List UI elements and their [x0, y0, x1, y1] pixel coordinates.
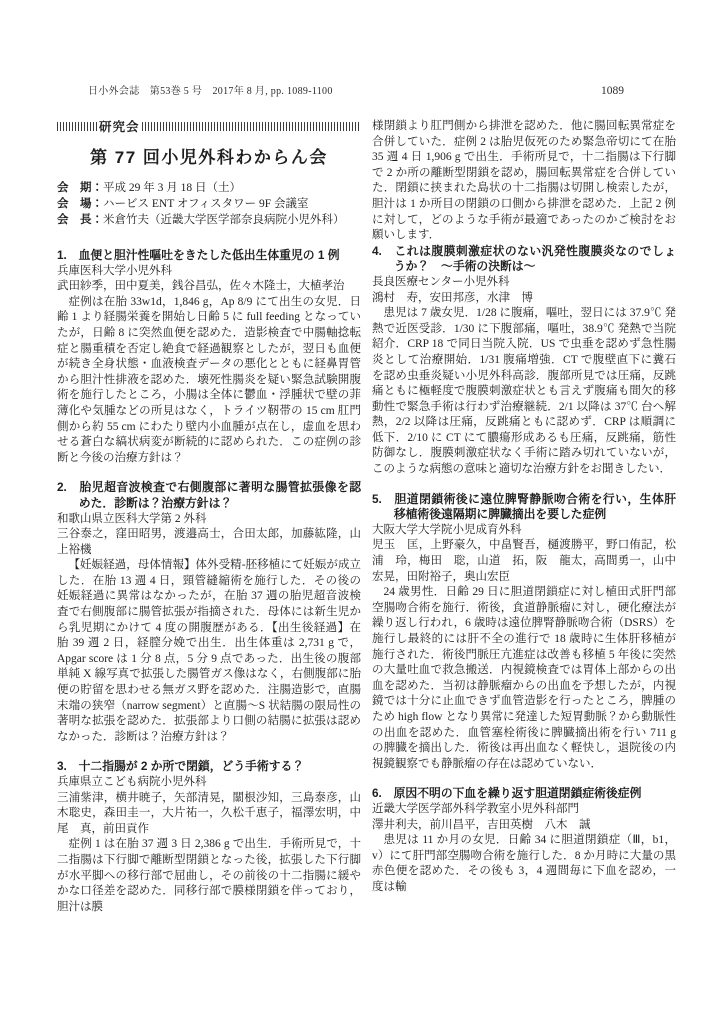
section-banner: 研究会 — [57, 119, 361, 133]
abstract-1-body: 症例は在胎 33w1d，1,846 g，Ap 8/9 にて出生の女児．日齢 1 … — [57, 295, 361, 467]
abstract-5: 5. 胆道閉鎖術後に遠位脾腎静脈吻合術を行い，生体肝移植術後遠隔期に脾臓摘出を要… — [372, 492, 676, 773]
abstract-3-body-continuation: 様閉鎖より肛門側から排泄を認めた．他に腸回転異常症を合併していた．症例 2 は胎… — [372, 119, 676, 244]
abstract-3-body: 症例 1 は在胎 37 週 3 日 2,386 g で出生．手術所見で，十二指腸… — [57, 837, 361, 915]
abstract-1-authors: 武田紗季，田中夏美，銭谷昌弘，佐々木隆士，大植孝治 — [57, 279, 361, 295]
right-column: 様閉鎖より肛門側から排泄を認めた．他に腸回転異常症を合併していた．症例 2 は胎… — [372, 119, 676, 915]
meeting-title: 第 77 回小児外科わからん会 — [57, 143, 361, 168]
abstract-3-affiliation: 兵庫県立こども病院小児外科 — [57, 775, 361, 791]
banner-stripes-left-icon — [57, 122, 97, 131]
abstract-2-body: 【妊娠経過，母体情報】体外受精-胚移植にて妊娠が成立した．在胎 13 週 4 日… — [57, 558, 361, 745]
page-number: 1089 — [601, 85, 624, 97]
abstract-5-affiliation: 大阪大学大学院小児成育外科 — [372, 523, 676, 539]
two-column-body: 研究会 第 77 回小児外科わからん会 会 期：平成 29 年 3 月 18 日… — [57, 119, 676, 915]
meeting-president-line: 会 長：米倉竹夫（近畿大学医学部奈良病院小児外科） — [57, 212, 361, 228]
abstract-3-authors: 三浦紫津，横井暁子，矢部清晃，關根沙知，三島泰彦，山木聡史，森田圭一，大片祐一，… — [57, 791, 361, 838]
meeting-venue-line: 会 場：ハービス ENT オフィスタワー 9F 会議室 — [57, 196, 361, 212]
abstract-2: 2. 胎児超音波検査で右側腹部に著明な腸管拡張像を認めた．診断は？治療方針は？ … — [57, 480, 361, 745]
journal-page: 日小外会誌 第53巻 5 号 2017年 8 月, pp. 1089-1100 … — [0, 0, 717, 1012]
abstract-4-authors: 鴻村 寿，安田邦彦，水津 博 — [372, 291, 676, 307]
abstract-6-title: 6. 原因不明の下血を繰り返す胆道閉鎖症術後症例 — [372, 786, 676, 802]
abstract-3: 3. 十二指腸が 2 か所で閉鎖，どう手術する？ 兵庫県立こども病院小児外科 三… — [57, 759, 361, 915]
abstract-2-title: 2. 胎児超音波検査で右側腹部に著明な腸管拡張像を認めた．診断は？治療方針は？ — [57, 480, 361, 511]
abstract-6-affiliation: 近畿大学医学部外科学教室小児外科部門 — [372, 802, 676, 818]
meeting-info: 会 期：平成 29 年 3 月 18 日（土） 会 場：ハービス ENT オフィ… — [57, 180, 361, 228]
page-header: 日小外会誌 第53巻 5 号 2017年 8 月, pp. 1089-1100 … — [57, 82, 676, 97]
meeting-date-value: 平成 29 年 3 月 18 日（土） — [103, 182, 241, 194]
meeting-president-label: 会 長： — [57, 214, 103, 226]
meeting-date-label: 会 期： — [57, 182, 103, 194]
abstract-1-affiliation: 兵庫医科大学小児外科 — [57, 264, 361, 280]
abstract-4-affiliation: 長良医療センター小児外科 — [372, 275, 676, 291]
abstract-6-authors: 澤井利夫，前川昌平，吉田英樹 八木 誠 — [372, 818, 676, 834]
abstract-4: 4. これは腹膜刺激症状のない汎発性腹膜炎なのでしょうか？ ～手術の決断は～ 長… — [372, 244, 676, 478]
abstract-1: 1. 血便と胆汁性嘔吐をきたした低出生体重児の 1 例 兵庫医科大学小児外科 武… — [57, 248, 361, 466]
meeting-venue-value: ハービス ENT オフィスタワー 9F 会議室 — [103, 198, 309, 210]
abstract-3-title: 3. 十二指腸が 2 か所で閉鎖，どう手術する？ — [57, 759, 361, 775]
abstract-4-body: 患児は 7 歳女児．1/28 に腹痛，嘔吐，翌日には 37.9℃ 発熱で近医受診… — [372, 306, 676, 478]
abstract-5-body: 24 歳男性．日齢 29 日に胆道閉鎖症に対し植田式肝門部空腸吻合術を施行．術後… — [372, 585, 676, 772]
abstract-6: 6. 原因不明の下血を繰り返す胆道閉鎖症術後症例 近畿大学医学部外科学教室小児外… — [372, 786, 676, 895]
section-label: 研究会 — [97, 117, 142, 135]
abstract-2-affiliation: 和歌山県立医科大学第 2 外科 — [57, 512, 361, 528]
abstract-2-authors: 三谷泰之，窪田昭男，渡邉高士，合田太郎，加藤紘隆，山上裕機 — [57, 527, 361, 558]
journal-citation: 日小外会誌 第53巻 5 号 2017年 8 月, pp. 1089-1100 — [88, 82, 333, 97]
abstract-5-title: 5. 胆道閉鎖術後に遠位脾腎静脈吻合術を行い，生体肝移植術後遠隔期に脾臓摘出を要… — [372, 492, 676, 523]
abstract-4-title: 4. これは腹膜刺激症状のない汎発性腹膜炎なのでしょうか？ ～手術の決断は～ — [372, 244, 676, 275]
abstract-1-title: 1. 血便と胆汁性嘔吐をきたした低出生体重児の 1 例 — [57, 248, 361, 264]
meeting-president-value: 米倉竹夫（近畿大学医学部奈良病院小児外科） — [103, 214, 345, 226]
abstract-5-authors: 児玉 匡，上野豪久，中畠賢吾，樋渡勝平，野口侑記，松浦 玲，梅田 聡，山道 拓，… — [372, 538, 676, 585]
banner-stripes-right-icon — [142, 122, 361, 131]
meeting-date-line: 会 期：平成 29 年 3 月 18 日（土） — [57, 180, 361, 196]
left-column: 研究会 第 77 回小児外科わからん会 会 期：平成 29 年 3 月 18 日… — [57, 119, 361, 915]
meeting-venue-label: 会 場： — [57, 198, 103, 210]
abstract-6-body: 患児は 11 か月の女児．日齢 34 に胆道閉鎖症（Ⅲ，b1，v）にて肝門部空腸… — [372, 833, 676, 895]
